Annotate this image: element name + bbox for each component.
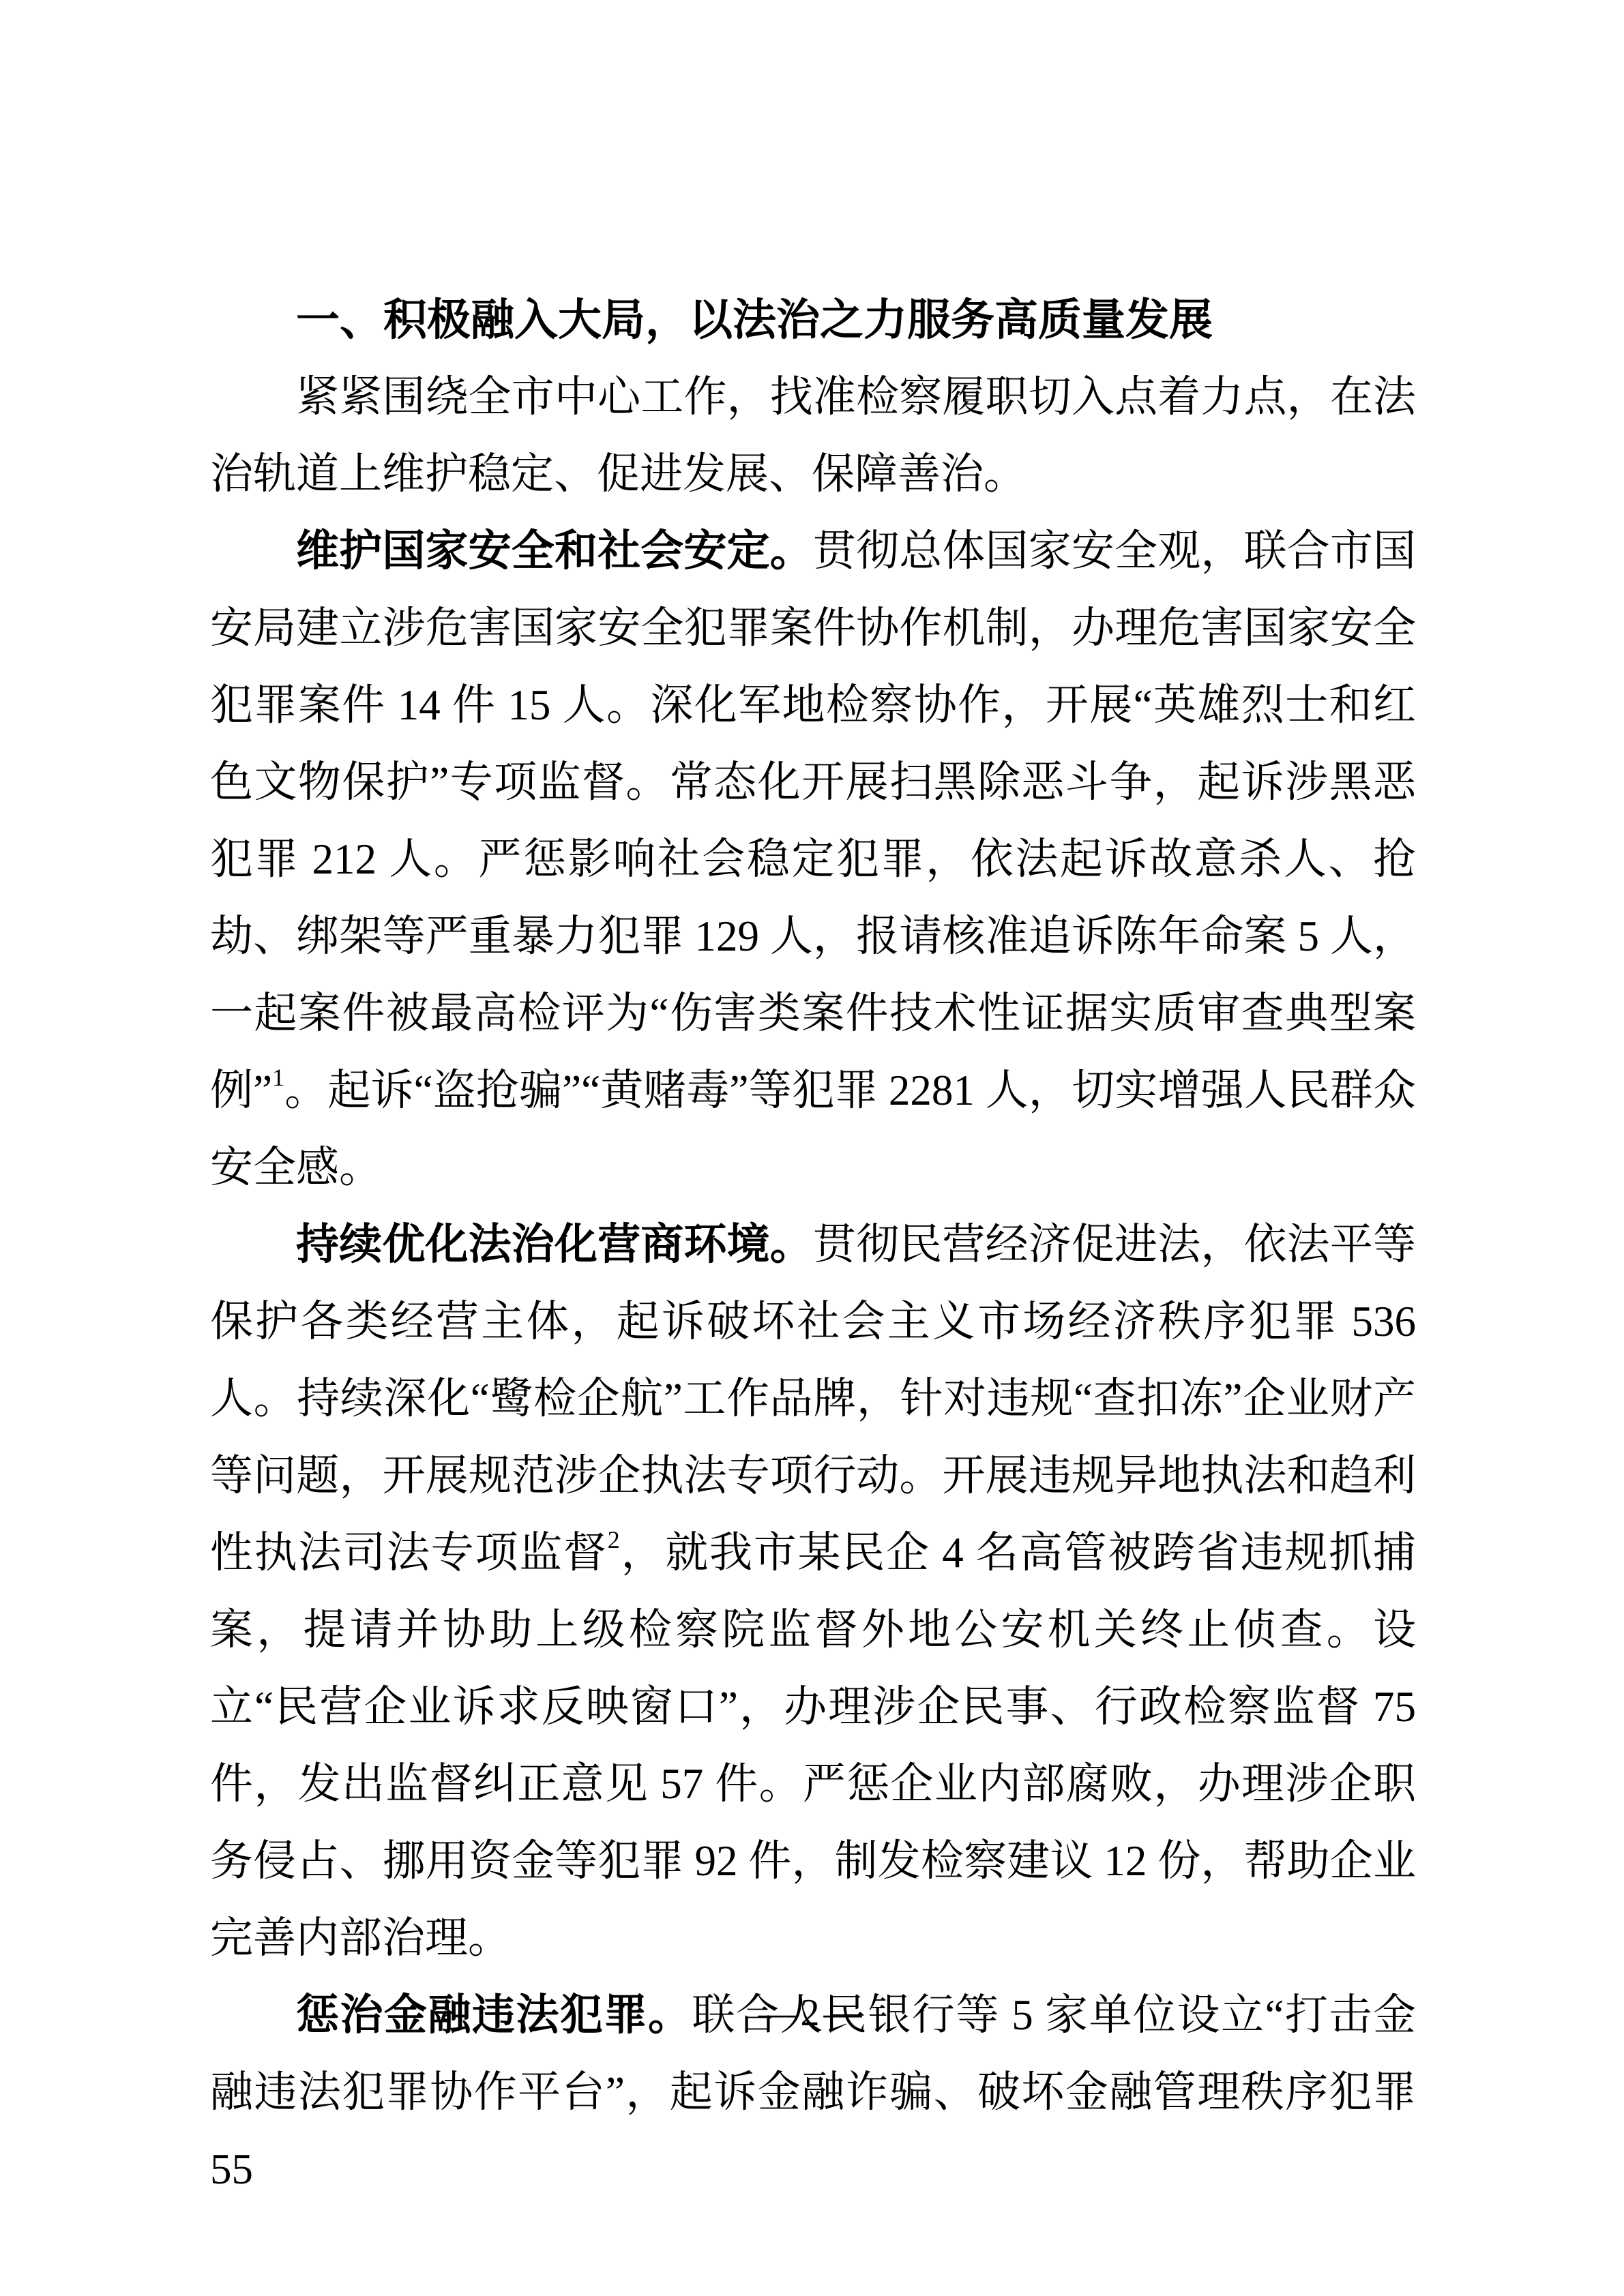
footnote-ref-2: 2 (608, 1526, 620, 1553)
paragraph-business-environment-text: 贯彻民营经济促进法，依法平等保护各类经营主体，起诉破坏社会主义市场经济秩序犯罪 … (210, 1221, 1416, 1577)
document-page: 一、积极融入大局，以法治之力服务高质量发展 紧紧围绕全市中心工作，找准检察履职切… (0, 0, 1624, 2296)
footnote-ref-1: 1 (272, 1064, 284, 1091)
paragraph-national-security: 维护国家安全和社会安定。贯彻总体国家安全观，联合市国安局建立涉危害国家安全犯罪案… (210, 513, 1416, 1206)
paragraph-national-security-lead: 维护国家安全和社会安定。 (296, 527, 813, 575)
paragraph-business-environment-lead: 持续优化法治化营商环境。 (296, 1221, 813, 1268)
paragraph-national-security-text: 贯彻总体国家安全观，联合市国安局建立涉危害国家安全犯罪案件协作机制，办理危害国家… (210, 527, 1416, 1114)
paragraph-intro: 紧紧围绕全市中心工作，找准检察履职切入点着力点，在法治轨道上维护稳定、促进发展、… (210, 359, 1416, 513)
section-heading: 一、积极融入大局，以法治之力服务高质量发展 (210, 282, 1416, 359)
paragraph-national-security-text-after: 。起诉“盗抢骗”“黄赌毒”等犯罪 2281 人，切实增强人民群众安全感。 (210, 1067, 1416, 1191)
paragraph-intro-text: 紧紧围绕全市中心工作，找准检察履职切入点着力点，在法治轨道上维护稳定、促进发展、… (210, 373, 1416, 498)
page-number: —2— (0, 1992, 1624, 2034)
document-content: 一、积极融入大局，以法治之力服务高质量发展 紧紧围绕全市中心工作，找准检察履职切… (210, 282, 1416, 2208)
paragraph-business-environment-text-after: ，就我市某民企 4 名高管被跨省违规抓捕案，提请并协助上级检察院监督外地公安机关… (210, 1529, 1416, 1962)
paragraph-business-environment: 持续优化法治化营商环境。贯彻民营经济促进法，依法平等保护各类经营主体，起诉破坏社… (210, 1206, 1416, 1977)
